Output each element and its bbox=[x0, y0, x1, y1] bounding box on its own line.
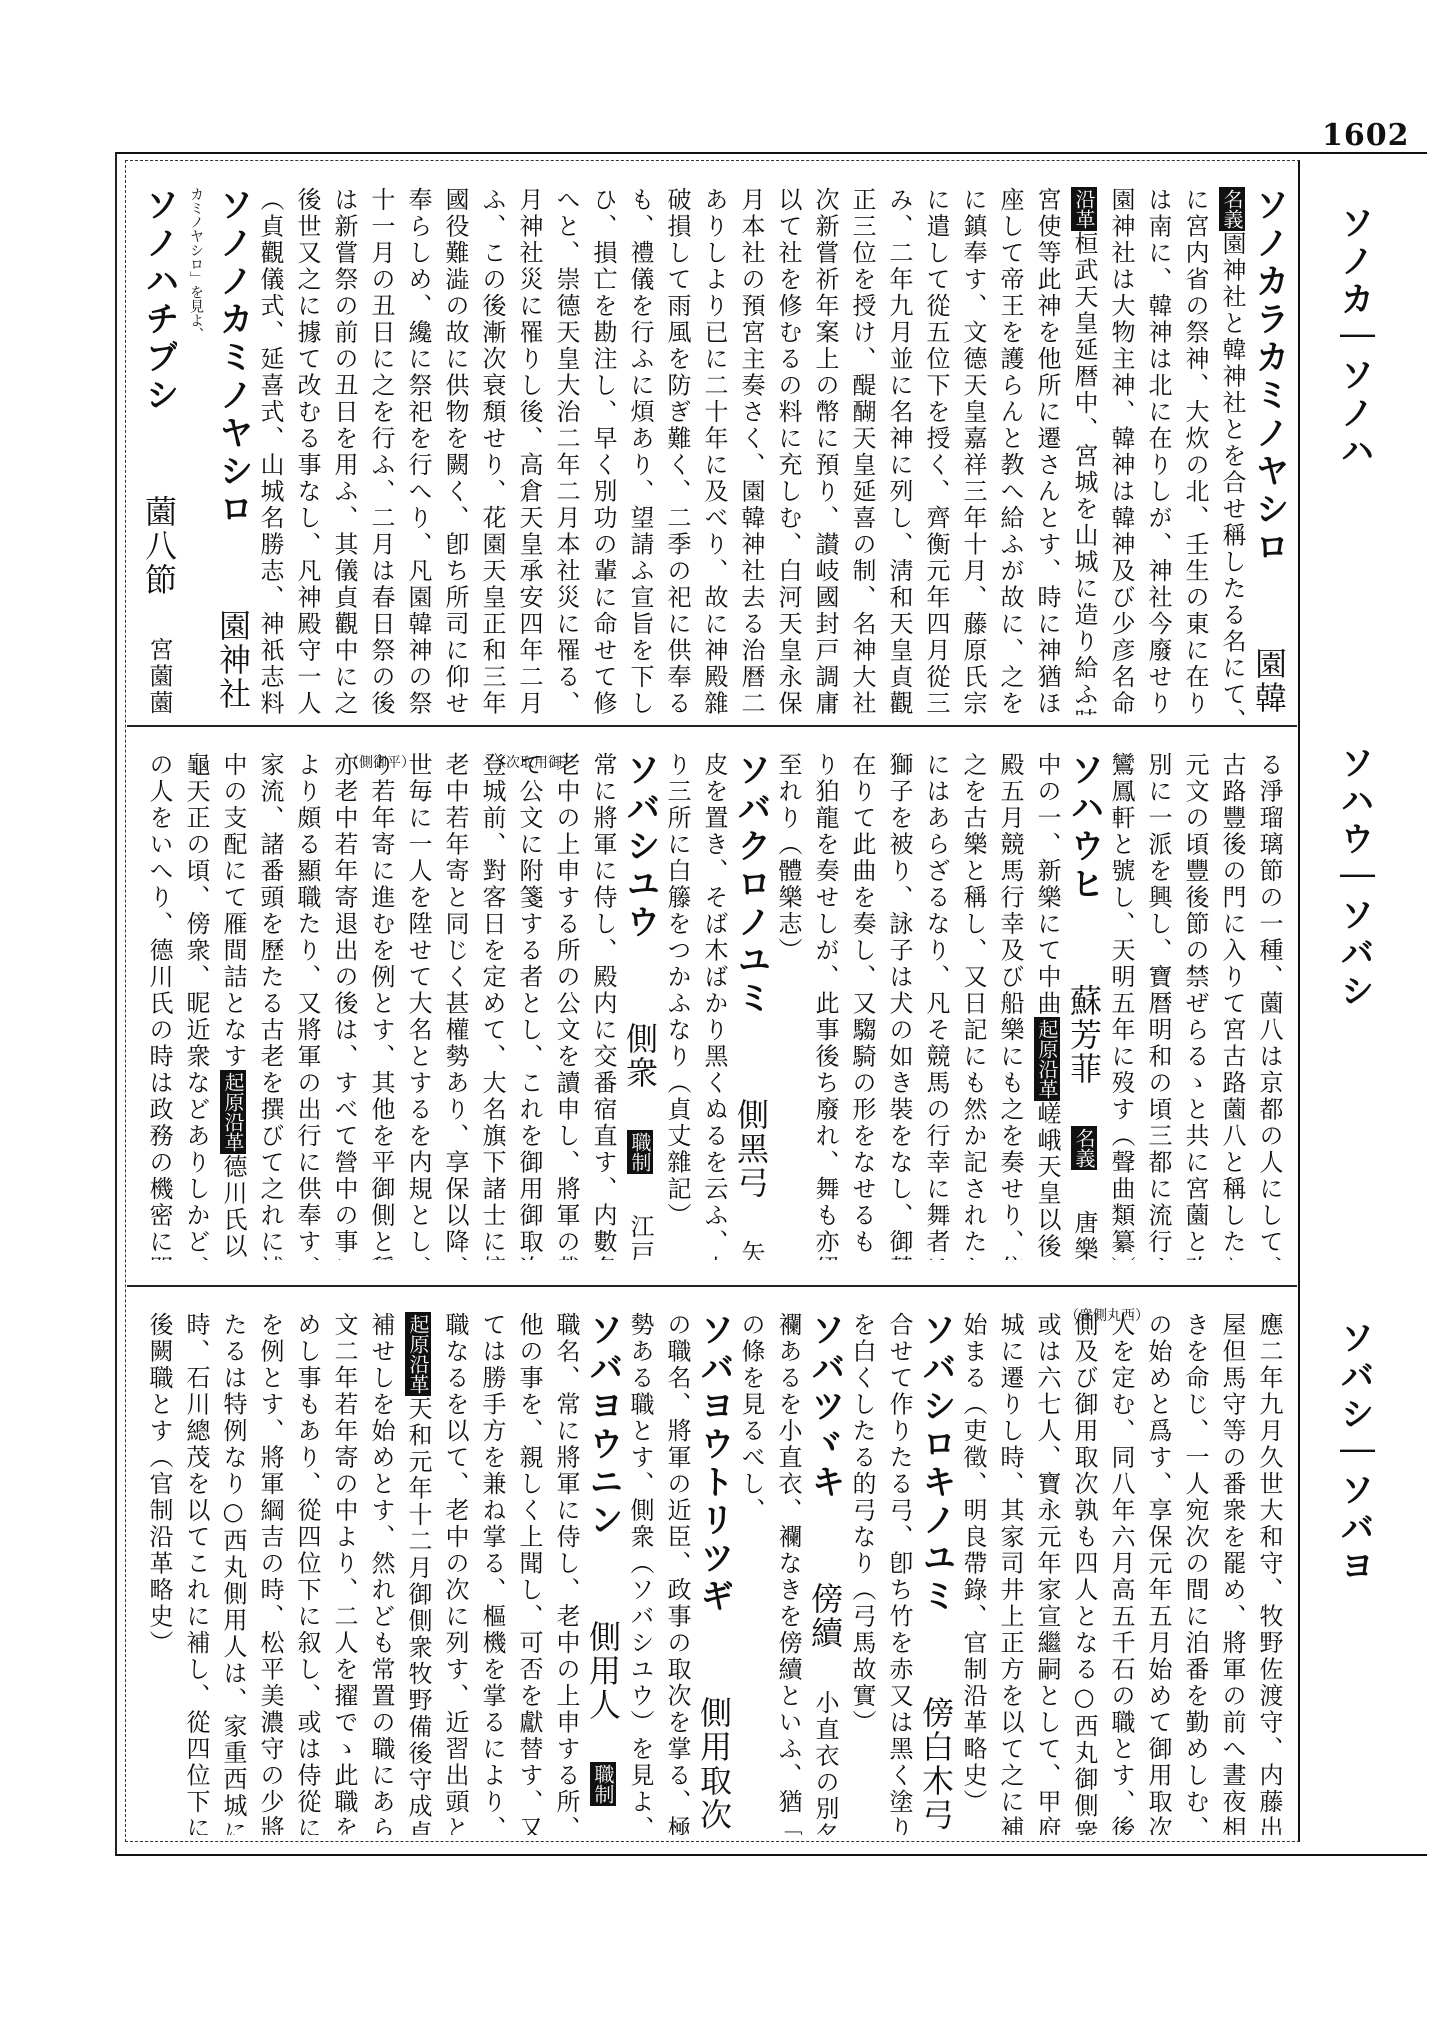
headword-kanji: 蘇芳菲 bbox=[1065, 984, 1102, 1086]
headword-kanji: 側用取次 bbox=[695, 1696, 732, 1832]
body-text: 皮を置き、そば木ばかり黑くぬるを云ふ、上下矢す bbox=[700, 752, 728, 1260]
text-column: 側及び御用取次孰も四人となる○西丸御側衆五人、 bbox=[1065, 1312, 1102, 1835]
text-column: り若年寄に進むを例とす、其他を平御側と稱す、是 bbox=[362, 752, 399, 1260]
headword-kana: ソバクロノユミ bbox=[732, 752, 769, 1018]
section-middle-columns: る淨瑠璃節の一種、薗八は京都の人にして、初め宮古路豐後の門に入りて宮古路薗八と稱… bbox=[127, 730, 1297, 1260]
body-text: 至れり（體樂志） bbox=[774, 752, 802, 964]
body-text: 後世又之に據て改むる事なし、凡神殿守一人を置く bbox=[293, 187, 321, 715]
text-column: も、禮儀を行ふに煩あり、望請ふ宣旨を下し官使を賜 bbox=[621, 187, 658, 715]
section-label: 名義 bbox=[1219, 187, 1245, 231]
body-text: 勢ある職とす、側衆（ソバシユウ）を見よ、 bbox=[626, 1312, 654, 1835]
body-text: 補せしを始めとす、然れども常置の職にあらず、寬 bbox=[367, 1312, 395, 1835]
text-column: 後闕職とす（官制沿革略史） bbox=[140, 1312, 177, 1835]
text-column: 獅子を被り、詠子は犬の如き裝をなし、御輦の左に bbox=[880, 752, 917, 1260]
headword-kana: ソバヨウトリツギ bbox=[695, 1312, 732, 1616]
text-column: より頗る顯職たり、又將軍の出行に供奉す、譜代の bbox=[288, 752, 325, 1260]
section-label: 職制 bbox=[627, 1130, 653, 1174]
body-text: カミノヤシロ」を見よ、 bbox=[188, 187, 204, 341]
section-middle: る淨瑠璃節の一種、薗八は京都の人にして、初め宮古路豐後の門に入りて宮古路薗八と稱… bbox=[127, 730, 1297, 1260]
body-text: 奉らしめ、纔に祭祀を行へり、凡園韓神の祭は二月 bbox=[404, 187, 432, 715]
text-column: ありしより已に二十年に及べり、故に神殿雜舍廻垣 bbox=[695, 187, 732, 715]
body-text: に宮内省の祭神、大炊の北、壬生の東に在りて、園神 bbox=[1181, 187, 1209, 715]
text-column: の職名、將軍の近臣、政事の取次を掌る、極めて權 bbox=[658, 1312, 695, 1835]
body-text: り三所に白籐をつかふなり（貞丈雜記） bbox=[663, 752, 691, 1229]
margin-caption: （次取用御） bbox=[492, 752, 576, 772]
running-head-3: ソバシ｜ソバヨ bbox=[1330, 1320, 1379, 1586]
text-column: 月本社の預宮主奏さく、園韓神社去る治暦二年修造 bbox=[732, 187, 769, 715]
body-text: 文二年若年寄の中より、二人を擢でゝ此職を兼ねし bbox=[330, 1312, 358, 1835]
text-column: 中の支配にて雁間詰となす起原沿革德川氏以前元 bbox=[214, 752, 251, 1260]
body-text: 天和元年十二月御側衆牧野備後守成貞を bbox=[404, 1396, 432, 1835]
body-text: み、二年九月並に名神に列し、淸和天皇貞觀元年正月 bbox=[885, 187, 913, 715]
section-label: 名義 bbox=[1071, 1126, 1097, 1170]
text-column: 登城前、對客日を定めて、大名旗下諸士に接する事、 bbox=[473, 752, 510, 1260]
text-column: の人をいへり、德川氏の時は政務の機密に關せり、承 bbox=[140, 752, 177, 1260]
section-divider bbox=[127, 725, 1297, 727]
body-text: ては勝手方を兼ね掌る、樞機を掌るにより、頗る顯 bbox=[478, 1312, 506, 1835]
body-text: り若年寄に進むを例とす、其他を平御側と稱す、是 bbox=[367, 752, 395, 1260]
text-column: 起原沿革天和元年十二月御側衆牧野備後守成貞を bbox=[399, 1312, 436, 1835]
body-text: 宮使等此神を他所に遷さんとす、時に神猶ほ此地に bbox=[1033, 187, 1061, 715]
body-text: めし事もあり、從四位下に叙し、或は侍從に任ずる bbox=[293, 1312, 321, 1835]
entry-headword: ソバクロノユミ側黑弓矢を塗らずして bbox=[732, 752, 769, 1260]
body-text: は南に、韓神は北に在りしが、神社今廢せり bbox=[1144, 187, 1172, 715]
body-text: を例とす、將軍綱吉の時、松平美濃守の少將に昇り bbox=[256, 1312, 284, 1835]
body-text: 他の事を、親しく上聞し、可否を獻替す、又時とし bbox=[515, 1312, 543, 1835]
text-column: を例とす、將軍綱吉の時、松平美濃守の少將に昇り bbox=[251, 1312, 288, 1835]
body-text: を白くしたる的弓なり（弓馬故實） bbox=[848, 1312, 876, 1736]
section-bottom: 應二年九月久世大和守、牧野佐渡守、内藤出雲守、土屋但馬守等の番衆を罷め、將軍の前… bbox=[127, 1290, 1297, 1835]
body-text: 嵯峨天皇以後武德 bbox=[1033, 1101, 1061, 1260]
body-text: 中の一、新樂にて中曲 bbox=[1033, 752, 1061, 1017]
body-text: より頗る顯職たり、又將軍の出行に供奉す、譜代の bbox=[293, 752, 321, 1260]
section-label: 起原沿革 bbox=[220, 1070, 246, 1154]
body-text: 職なるを以て、老中の次に列す、近習出頭とも稱す bbox=[441, 1312, 469, 1835]
body-text: 屋但馬守等の番衆を罷め、將軍の前へ晝夜相詰むべ bbox=[1218, 1312, 1246, 1835]
text-column: 奉らしめ、纔に祭祀を行へり、凡園韓神の祭は二月 bbox=[399, 187, 436, 715]
text-column: 破損して雨風を防ぎ難く、二季の祀に供奉る諸官人 bbox=[658, 187, 695, 715]
headword-kanji: 薗八節 bbox=[140, 495, 177, 597]
body-text: の始めと爲す、享保元年五月始めて御用取次專務二 bbox=[1144, 1312, 1172, 1835]
text-column: 時、石川總茂を以てこれに補し、從四位下に叙す、爾 bbox=[177, 1312, 214, 1835]
body-text: へと、崇德天皇大治二年二月本社災に罹る、四年三 bbox=[552, 187, 580, 715]
definition-start: 唐樂、乞食調四曲 bbox=[1070, 1210, 1098, 1260]
text-column: り三所に白籐をつかふなり（貞丈雜記） bbox=[658, 752, 695, 1260]
text-column: 襴あるを小直衣、襴なきを傍續といふ、猶「コナホシ」 bbox=[769, 1312, 806, 1835]
entry-headword: ソノハチブシ薗八節宮薗薗八の創めた bbox=[140, 187, 177, 715]
body-text: 月神社災に罹りし後、高倉天皇承安四年二月祭を行 bbox=[515, 187, 543, 715]
text-column: きを命じ、一人宛次の間に泊番を勤めしむ、これ側衆 bbox=[1176, 1312, 1213, 1835]
text-column: 鸞鳳軒と號し、天明五年に歿す（聲曲類纂） bbox=[1102, 752, 1139, 1260]
text-column: 他の事を、親しく上聞し、可否を獻替す、又時とし bbox=[510, 1312, 547, 1835]
text-column: 在りて此曲を奏し、又騶騎の形をなせるもの左右よ bbox=[843, 752, 880, 1260]
text-column: カミノヤシロ」を見よ、 bbox=[177, 187, 214, 715]
section-label: 起原沿革 bbox=[405, 1312, 431, 1396]
headword-kana: ソバヨウニン bbox=[584, 1312, 621, 1540]
body-text: 襴あるを小直衣、襴なきを傍續といふ、猶「コナホシ」 bbox=[774, 1312, 802, 1835]
text-column: 別に一派を興し、寶暦明和の頃三都に流行す、後ち bbox=[1139, 752, 1176, 1260]
text-column: 月神社災に罹りし後、高倉天皇承安四年二月祭を行 bbox=[510, 187, 547, 715]
text-column: 世毎に一人を陞せて大名とするを内規とし、此職よ bbox=[399, 752, 436, 1260]
text-column: 之を古樂と稱し、又日記にも然か記されたれど、さ bbox=[954, 752, 991, 1260]
text-column: めし事もあり、從四位下に叙し、或は侍從に任ずる bbox=[288, 1312, 325, 1835]
text-column: 或は六七人、寶永元年家宣繼嗣として、甲府より西 bbox=[1028, 1312, 1065, 1835]
body-text: 鸞鳳軒と號し、天明五年に歿す（聲曲類纂） bbox=[1107, 752, 1135, 1260]
page-number: 1602 bbox=[1322, 118, 1410, 153]
text-column: 勢ある職とす、側衆（ソバシユウ）を見よ、 bbox=[621, 1312, 658, 1835]
body-text: り狛龍を奏せしが、此事後ち廢れ、舞も亦絕ゆるに bbox=[811, 752, 839, 1260]
body-text: て公文に附箋する者とし、これを御用御取次と稱す、 bbox=[515, 752, 543, 1260]
text-column: 皮を置き、そば木ばかり黑くぬるを云ふ、上下矢す bbox=[695, 752, 732, 1260]
text-column: 園神社は大物主神、韓神は韓神及び少彦名命祭神 bbox=[1102, 187, 1139, 715]
section-label: 職制 bbox=[590, 1762, 616, 1806]
text-column: の始めと爲す、享保元年五月始めて御用取次專務二 bbox=[1139, 1312, 1176, 1835]
body-text: 常に將軍に侍し、殿内に交番宿直す、内數名を以て、 bbox=[589, 752, 617, 1260]
body-text: 家流、諸番頭を歷たる古老を撰びて之れに補す、老 bbox=[256, 752, 284, 1260]
text-column: 殿五月競馬行幸及び船樂にも之を奏せり、依て世人 bbox=[991, 752, 1028, 1260]
running-head-1: ソノカ｜ソノハ bbox=[1330, 205, 1379, 471]
body-text: 園神社は大物主神、韓神は韓神及び少彦名命 bbox=[1107, 187, 1135, 715]
body-text: 在りて此曲を奏し、又騶騎の形をなせるもの左右よ bbox=[848, 752, 876, 1260]
headword-kanji: 側衆 bbox=[621, 1022, 658, 1090]
body-text: 老中若年寄と同じく甚權勢あり、享保以降、將軍一 bbox=[441, 752, 469, 1260]
text-column: 元文の頃豐後節の禁ぜらるゝと共に宮薗と改めて、 bbox=[1176, 752, 1213, 1260]
text-column: 古路豐後の門に入りて宮古路薗八と稱したりしが、 bbox=[1213, 752, 1250, 1260]
text-column: て公文に附箋する者とし、これを御用御取次と稱す、 bbox=[510, 752, 547, 1260]
text-column: 以て社を修むるの料に充しむ、白河天皇永保二年正 bbox=[769, 187, 806, 715]
text-column: 家流、諸番頭を歷たる古老を撰びて之れに補す、老 bbox=[251, 752, 288, 1260]
headword-kanji: 傍續 bbox=[806, 1582, 843, 1650]
section-label: 沿革 bbox=[1071, 187, 1097, 231]
section-top: ソノカラカミノヤシロ園韓神社名義園神社と韓神社とを合せ稱したる名にて、共に宮内省… bbox=[127, 165, 1297, 715]
text-column: にはあらざるなり、凡そ競馬の行幸に舞者は金頭の bbox=[917, 752, 954, 1260]
headword-kana: ソノノカミノヤシロ bbox=[214, 187, 251, 529]
margin-caption: （側御平） bbox=[345, 752, 415, 772]
text-column: ひ、損亡を勘注し、早く別功の輩に命せて修造しめ給 bbox=[584, 187, 621, 715]
text-column: 始まる（吏徵、明良帶錄、官制沿革略史） bbox=[954, 1312, 991, 1835]
text-column: 人を定む、同八年六月高五千石の職とす、後ち平御 bbox=[1102, 1312, 1139, 1835]
running-head-2: ソハウ｜ソバシ bbox=[1330, 745, 1379, 1011]
body-text: に遣して從五位下を授く、齊衡元年四月從三位に進 bbox=[922, 187, 950, 715]
headword-kanji: 園神社 bbox=[214, 609, 251, 711]
body-text: 座して帝王を護らんと教へ給ふが故に、之を宮内省 bbox=[996, 187, 1024, 715]
text-column: 老中若年寄と同じく甚權勢あり、享保以降、將軍一 bbox=[436, 752, 473, 1260]
body-text: きを命じ、一人宛次の間に泊番を勤めしむ、これ側衆 bbox=[1181, 1312, 1209, 1835]
body-text: 古路豐後の門に入りて宮古路薗八と稱したりしが、 bbox=[1218, 752, 1246, 1260]
body-text: 龜天正の頃、傍衆、昵近衆などありしかど、單に近侍 bbox=[182, 752, 210, 1260]
headword-kana: ソノカラカミノヤシロ bbox=[1250, 187, 1287, 567]
margin-caption: （衆側丸西） bbox=[1065, 1305, 1149, 1325]
headword-kanji: 側用人 bbox=[584, 1620, 621, 1722]
body-text: 城に遷りし時、其家司井上正方を以て之に補せしに bbox=[996, 1312, 1024, 1835]
definition-start: 江戸幕府の職名、 bbox=[626, 1214, 654, 1260]
body-text: 獅子を被り、詠子は犬の如き裝をなし、御輦の左に bbox=[885, 752, 913, 1260]
entry-headword: ソバシユウ側衆職制江戸幕府の職名、 bbox=[621, 752, 658, 1260]
body-text: 中の支配にて雁間詰となす bbox=[219, 752, 247, 1070]
text-column: 文二年若年寄の中より、二人を擢でゝ此職を兼ねし bbox=[325, 1312, 362, 1835]
text-column: 座して帝王を護らんと教へ給ふが故に、之を宮内省 bbox=[991, 187, 1028, 715]
headword-kana: ソバシユウ bbox=[621, 752, 658, 942]
body-text: 亦老中若年寄退出の後は、すべて營中の事に關する bbox=[330, 752, 358, 1260]
body-text: 登城前、對客日を定めて、大名旗下諸士に接する事、 bbox=[478, 752, 506, 1260]
headword-kanji: 側黑弓 bbox=[732, 1098, 769, 1200]
text-column: 沿革桓武天皇延暦中、宮城を山城に造り給ふ時、造 bbox=[1065, 187, 1102, 715]
body-text: 時、石川總茂を以てこれに補し、從四位下に叙す、爾 bbox=[182, 1312, 210, 1835]
body-text: 以て社を修むるの料に充しむ、白河天皇永保二年正 bbox=[774, 187, 802, 715]
body-text: ふ、この後漸次衰頽せり、花園天皇正和三年二月丹波 bbox=[478, 187, 506, 715]
text-column: 後世又之に據て改むる事なし、凡神殿守一人を置く bbox=[288, 187, 325, 715]
text-column: 次新嘗祈年案上の幣に預り、讃岐國封戸調庸租米を bbox=[806, 187, 843, 715]
definition-start: 宮薗薗八の創めた bbox=[145, 637, 173, 715]
body-text: にはあらざるなり、凡そ競馬の行幸に舞者は金頭の bbox=[922, 752, 950, 1260]
body-text: ひ、損亡を勘注し、早く別功の輩に命せて修造しめ給 bbox=[589, 187, 617, 715]
text-column: を白くしたる的弓なり（弓馬故實） bbox=[843, 1312, 880, 1835]
entry-headword: ソバヨウニン側用人職制江戸幕府の bbox=[584, 1312, 621, 1835]
text-column: 中の一、新樂にて中曲起原沿革嵯峨天皇以後武德 bbox=[1028, 752, 1065, 1260]
text-column: へと、崇德天皇大治二年二月本社災に罹る、四年三 bbox=[547, 187, 584, 715]
headword-kana: ソノハチブシ bbox=[140, 187, 177, 415]
text-column: ふ、この後漸次衰頽せり、花園天皇正和三年二月丹波 bbox=[473, 187, 510, 715]
body-text: も、禮儀を行ふに煩あり、望請ふ宣旨を下し官使を賜 bbox=[626, 187, 654, 715]
text-column: 老中の上申する所の公文を讀申し、將軍の裁決を得 bbox=[547, 752, 584, 1260]
headword-kanji: 園韓神社 bbox=[1250, 647, 1287, 715]
text-column: 常に將軍に侍し、殿内に交番宿直す、内數名を以て、 bbox=[584, 752, 621, 1260]
text-column: 龜天正の頃、傍衆、昵近衆などありしかど、單に近侍 bbox=[177, 752, 214, 1260]
entry-headword: ソバヨウトリツギ側用取次江戸幕府 bbox=[695, 1312, 732, 1835]
definition-start: 矢を塗らずして bbox=[737, 1240, 765, 1260]
body-text: 或は六七人、寶永元年家宣繼嗣として、甲府より西 bbox=[1033, 1312, 1061, 1835]
text-column: は南に、韓神は北に在りしが、神社今廢せり祭神 bbox=[1139, 187, 1176, 715]
text-column: の條を見るべし、 bbox=[732, 1312, 769, 1835]
text-column: り狛龍を奏せしが、此事後ち廢れ、舞も亦絕ゆるに bbox=[806, 752, 843, 1260]
entry-headword: ソバツヾキ傍續小直衣の別名、一說には bbox=[806, 1312, 843, 1835]
text-column: に宮内省の祭神、大炊の北、壬生の東に在りて、園神 bbox=[1176, 187, 1213, 715]
text-column: に遣して從五位下を授く、齊衡元年四月從三位に進 bbox=[917, 187, 954, 715]
body-text: 始まる（吏徵、明良帶錄、官制沿革略史） bbox=[959, 1312, 987, 1816]
headword-kanji: 傍白木弓 bbox=[917, 1696, 954, 1832]
body-text: 應二年九月久世大和守、牧野佐渡守、内藤出雲守、土 bbox=[1255, 1312, 1283, 1835]
body-text: たるは特例なり○西丸側用人は、家重西城に在りし bbox=[219, 1312, 247, 1835]
text-column: たるは特例なり○西丸側用人は、家重西城に在りし bbox=[214, 1312, 251, 1835]
entry-headword: ソノカラカミノヤシロ園韓神社 bbox=[1250, 187, 1287, 715]
text-column: 國役難澁の故に供物を闕く、卽ち所司に仰せて之を bbox=[436, 187, 473, 715]
body-text: 側及び御用取次孰も四人となる○西丸御側衆五人、 bbox=[1070, 1312, 1098, 1835]
section-label: 起原沿革 bbox=[1034, 1017, 1060, 1101]
body-text: の條を見るべし、 bbox=[737, 1312, 765, 1524]
text-column: 職名、常に將軍に侍し、老中の上申する所、及び其 bbox=[547, 1312, 584, 1835]
section-divider bbox=[127, 1285, 1297, 1287]
text-column: 正三位を授け、醍醐天皇延喜の制、名神大社に列し、月 bbox=[843, 187, 880, 715]
text-column: 應二年九月久世大和守、牧野佐渡守、内藤出雲守、土 bbox=[1250, 1312, 1287, 1835]
text-column: 亦老中若年寄退出の後は、すべて營中の事に關する bbox=[325, 752, 362, 1260]
text-column: 職なるを以て、老中の次に列す、近習出頭とも稱す bbox=[436, 1312, 473, 1835]
body-text: （貞觀儀式、延喜式、山城名勝志、神祇志料） bbox=[256, 187, 284, 715]
body-text: 別に一派を興し、寶暦明和の頃三都に流行す、後ち bbox=[1144, 752, 1172, 1260]
body-text: 園神社と韓神社とを合せ稱したる名にて、共 bbox=[1218, 231, 1246, 715]
text-column: 補せしを始めとす、然れども常置の職にあらず、寬 bbox=[362, 1312, 399, 1835]
text-column: に鎮奉す、文德天皇嘉祥三年十月、藤原氏宗を兩社 bbox=[954, 187, 991, 715]
body-text: の職名、將軍の近臣、政事の取次を掌る、極めて權 bbox=[663, 1312, 691, 1835]
body-text: に鎮奉す、文德天皇嘉祥三年十月、藤原氏宗を兩社 bbox=[959, 187, 987, 715]
body-text: 國役難澁の故に供物を闕く、卽ち所司に仰せて之を bbox=[441, 187, 469, 715]
text-column: （貞觀儀式、延喜式、山城名勝志、神祇志料） bbox=[251, 187, 288, 715]
body-text: 職名、常に將軍に侍し、老中の上申する所、及び其 bbox=[552, 1312, 580, 1835]
body-text: 德川氏以前元 bbox=[219, 1154, 247, 1260]
text-column: み、二年九月並に名神に列し、淸和天皇貞觀元年正月 bbox=[880, 187, 917, 715]
body-text: 老中の上申する所の公文を讀申し、將軍の裁決を得 bbox=[552, 752, 580, 1260]
text-column: 合せて作りたる弓、卽ち竹を赤又は黑く塗りて、木 bbox=[880, 1312, 917, 1835]
body-text: 世毎に一人を陞せて大名とするを内規とし、此職よ bbox=[404, 752, 432, 1260]
text-column: 屋但馬守等の番衆を罷め、將軍の前へ晝夜相詰むべ bbox=[1213, 1312, 1250, 1835]
text-column: は新嘗祭の前の丑日を用ふ、其儀貞觀中に之を制む、 bbox=[325, 187, 362, 715]
body-text: 十一月の丑日に之を行ふ、二月は春日祭の後、十一月 bbox=[367, 187, 395, 715]
text-column: ては勝手方を兼ね掌る、樞機を掌るにより、頗る顯 bbox=[473, 1312, 510, 1835]
text-column: 城に遷りし時、其家司井上正方を以て之に補せしに bbox=[991, 1312, 1028, 1835]
body-text: 月本社の預宮主奏さく、園韓神社去る治暦二年修造 bbox=[737, 187, 765, 715]
body-text: 之を古樂と稱し、又日記にも然か記されたれど、さ bbox=[959, 752, 987, 1260]
text-column: 十一月の丑日に之を行ふ、二月は春日祭の後、十一月 bbox=[362, 187, 399, 715]
body-text: 正三位を授け、醍醐天皇延喜の制、名神大社に列し、月 bbox=[848, 187, 876, 715]
body-text: 合せて作りたる弓、卽ち竹を赤又は黑く塗りて、木 bbox=[885, 1312, 913, 1835]
body-text: 桓武天皇延暦中、宮城を山城に造り給ふ時、造 bbox=[1070, 231, 1098, 715]
body-text: は新嘗祭の前の丑日を用ふ、其儀貞觀中に之を制む、 bbox=[330, 187, 358, 715]
body-text: 元文の頃豐後節の禁ぜらるゝと共に宮薗と改めて、 bbox=[1181, 752, 1209, 1260]
body-text: る淨瑠璃節の一種、薗八は京都の人にして、初め宮 bbox=[1255, 752, 1283, 1260]
body-text: 後闕職とす（官制沿革略史） bbox=[145, 1312, 173, 1657]
section-top-columns: ソノカラカミノヤシロ園韓神社名義園神社と韓神社とを合せ稱したる名にて、共に宮内省… bbox=[127, 165, 1297, 715]
text-column: る淨瑠璃節の一種、薗八は京都の人にして、初め宮 bbox=[1250, 752, 1287, 1260]
headword-kana: ソバシロキノユミ bbox=[917, 1312, 954, 1616]
section-bottom-columns: 應二年九月久世大和守、牧野佐渡守、内藤出雲守、土屋但馬守等の番衆を罷め、將軍の前… bbox=[127, 1290, 1297, 1835]
body-text: 人を定む、同八年六月高五千石の職とす、後ち平御 bbox=[1107, 1312, 1135, 1835]
entry-headword: ソノノカミノヤシロ園神社「ソノカラ bbox=[214, 187, 251, 715]
entry-headword: ソハウヒ蘇芳菲名義唐樂、乞食調四曲 bbox=[1065, 752, 1102, 1260]
body-text: 殿五月競馬行幸及び船樂にも之を奏せり、依て世人 bbox=[996, 752, 1024, 1260]
definition-start: 小直衣の別名、一說には bbox=[811, 1690, 839, 1835]
headword-kana: ソバツヾキ bbox=[806, 1312, 843, 1502]
body-text: の人をいへり、德川氏の時は政務の機密に關せり、承 bbox=[145, 752, 173, 1260]
body-text: 破損して雨風を防ぎ難く、二季の祀に供奉る諸官人 bbox=[663, 187, 691, 715]
body-text: ありしより已に二十年に及べり、故に神殿雜舍廻垣 bbox=[700, 187, 728, 715]
text-column: 宮使等此神を他所に遷さんとす、時に神猶ほ此地に bbox=[1028, 187, 1065, 715]
body-text: 次新嘗祈年案上の幣に預り、讃岐國封戸調庸租米を bbox=[811, 187, 839, 715]
headword-kana: ソハウヒ bbox=[1065, 752, 1102, 904]
text-column: 至れり（體樂志） bbox=[769, 752, 806, 1260]
entry-headword: ソバシロキノユミ傍白木弓竹と木と bbox=[917, 1312, 954, 1835]
text-column: 名義園神社と韓神社とを合せ稱したる名にて、共 bbox=[1213, 187, 1250, 715]
